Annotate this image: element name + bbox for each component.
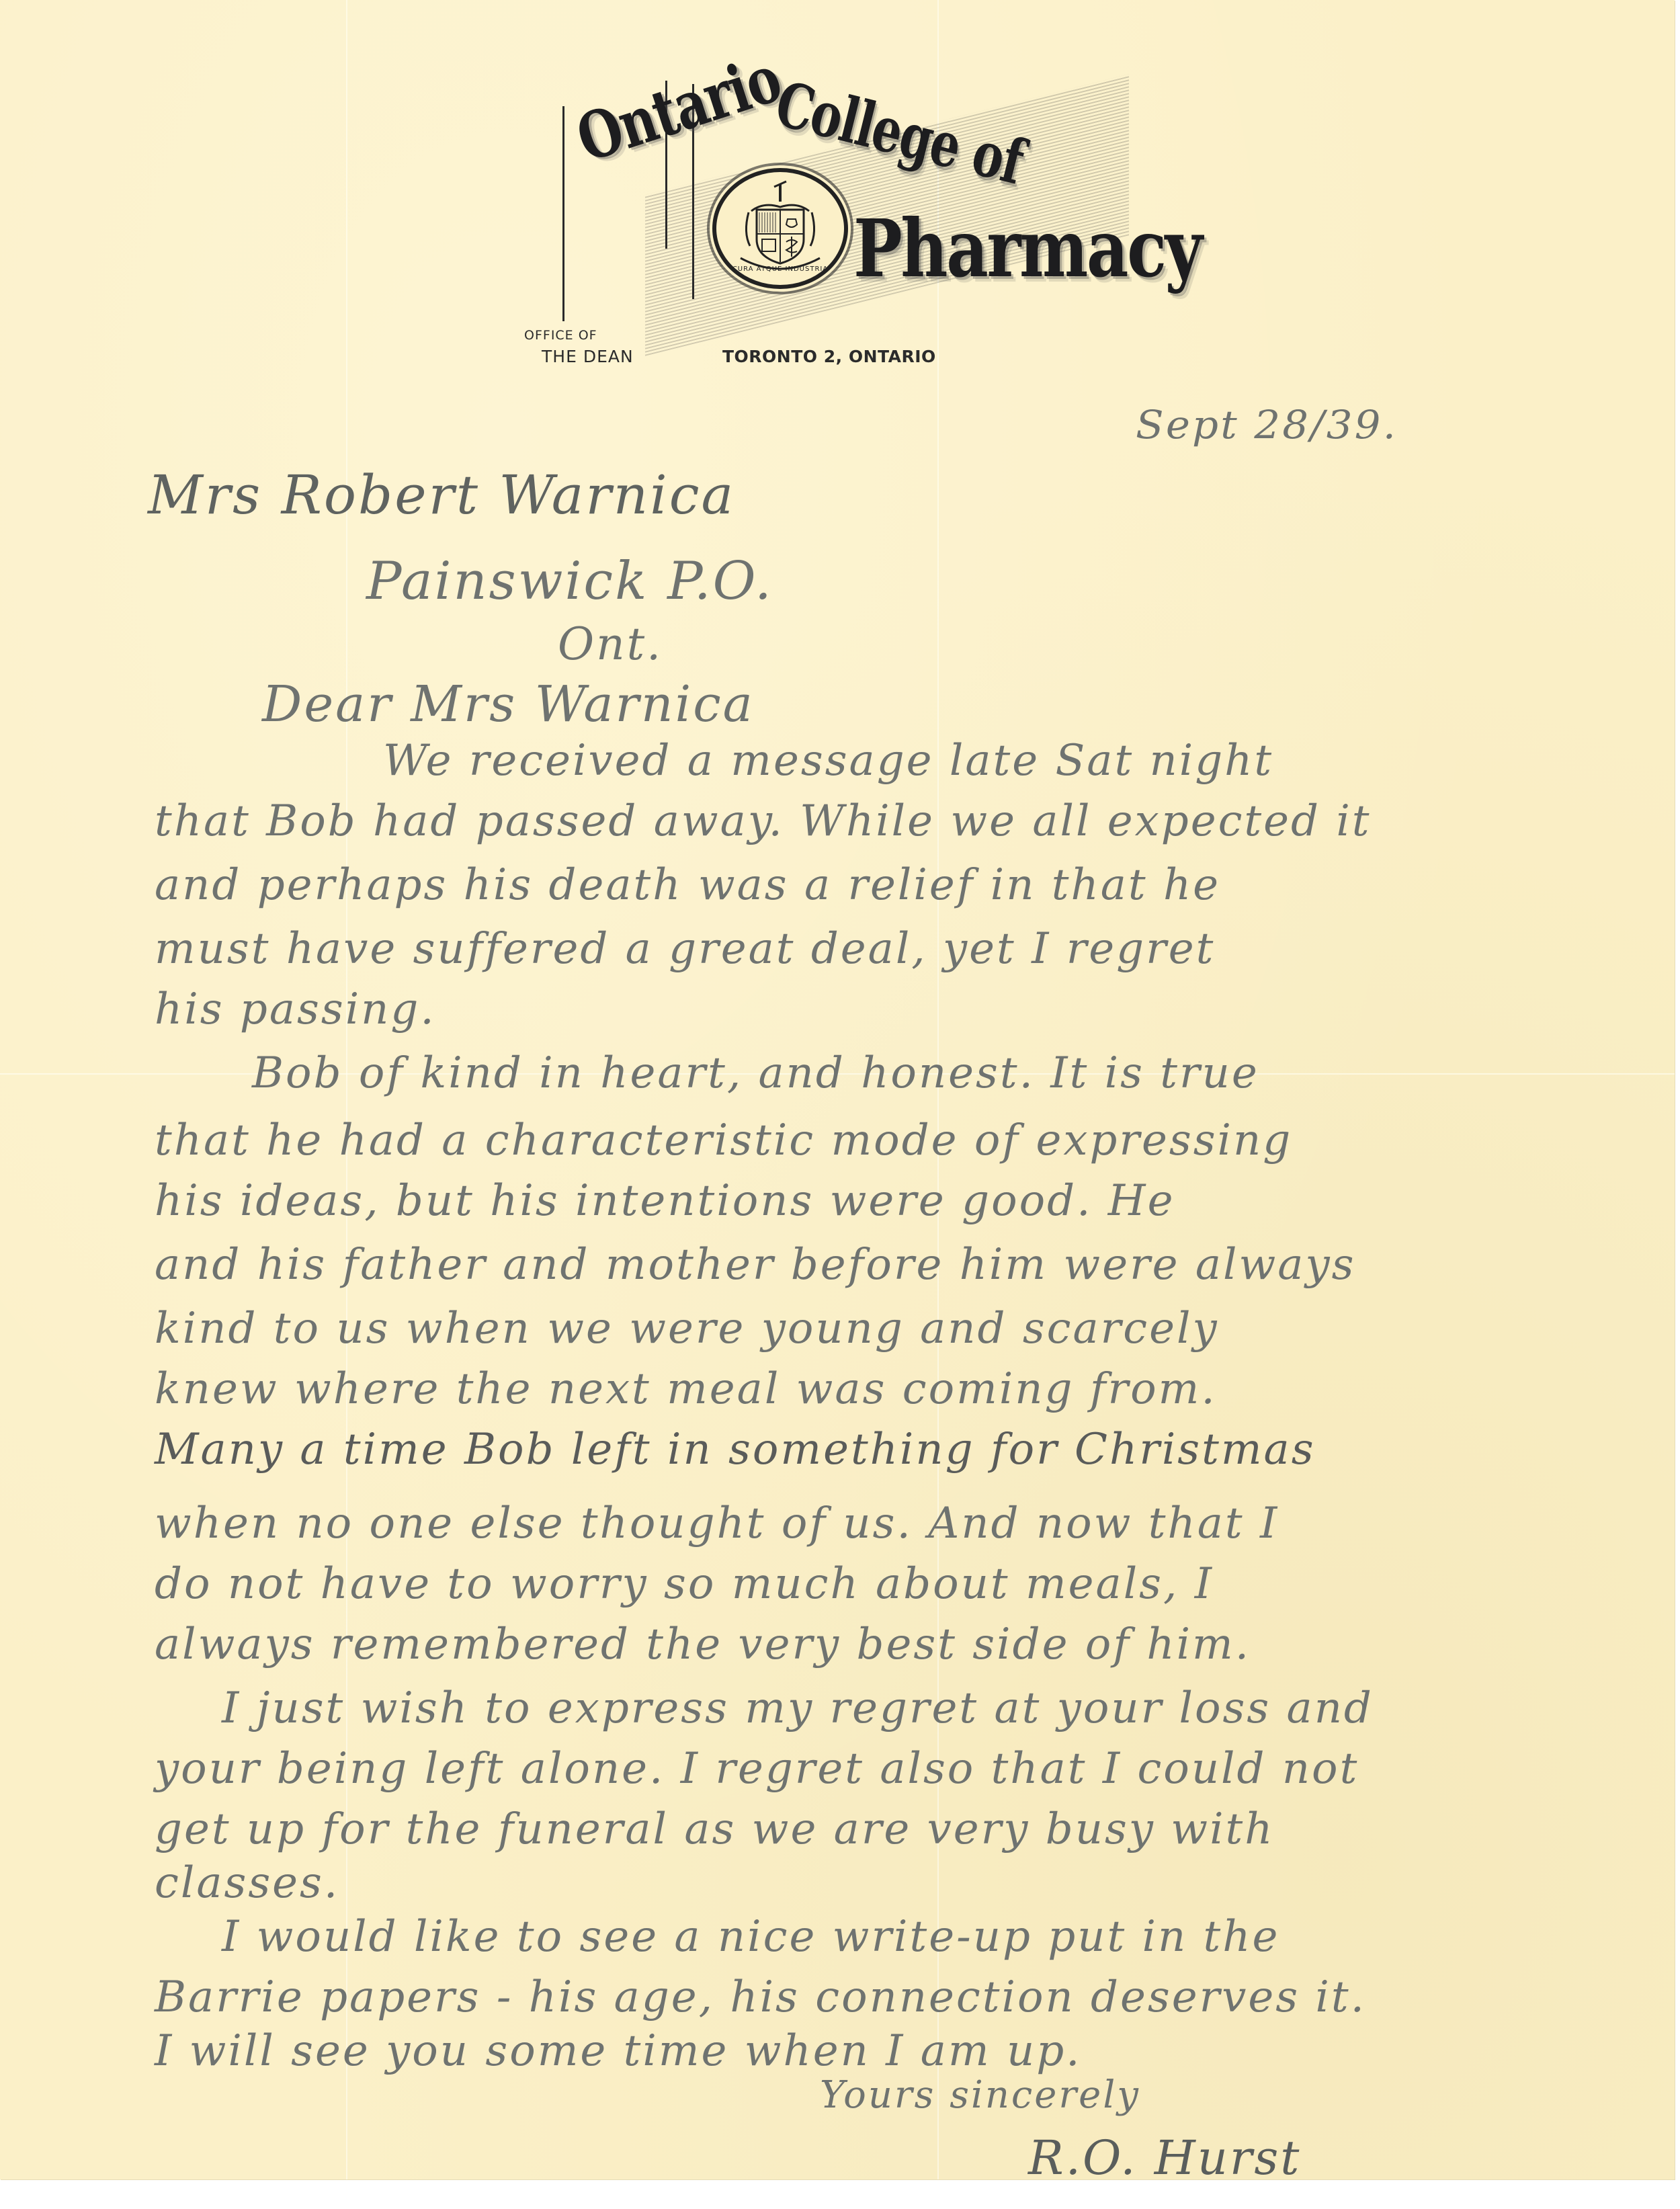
letter-line: kind to us when we were young and scarce… bbox=[155, 1304, 1219, 1353]
letter-line: his passing. bbox=[155, 985, 436, 1034]
letter-date: Sept 28/39. bbox=[1136, 402, 1398, 448]
letter-paper: Ontario College of Pharmacy bbox=[0, 0, 1675, 2179]
letter-line: Many a time Bob left in something for Ch… bbox=[155, 1425, 1316, 1474]
office-of-label: OFFICE OF bbox=[524, 328, 597, 343]
recipient-place: Painswick P.O. bbox=[366, 551, 773, 612]
letterhead-word-pharmacy: Pharmacy bbox=[853, 202, 1201, 295]
letter-line: I just wish to express my regret at your… bbox=[222, 1683, 1374, 1733]
letter-line: your being left alone. I regret also tha… bbox=[155, 1744, 1359, 1794]
letter-line: always remembered the very best side of … bbox=[155, 1620, 1251, 1669]
letter-line: I will see you some time when I am up. bbox=[155, 2026, 1082, 2076]
letter-line: classes. bbox=[155, 1858, 339, 1908]
letterhead-location: TORONTO 2, ONTARIO bbox=[722, 347, 936, 366]
letter-line: must have suffered a great deal, yet I r… bbox=[155, 924, 1215, 974]
seal-motto: CURA ATQUE INDUSTRIA bbox=[716, 265, 844, 273]
letterhead-rule bbox=[562, 106, 564, 321]
recipient-province: Ont. bbox=[558, 618, 663, 670]
letter-line: Barrie papers - his age, his connection … bbox=[155, 1972, 1366, 2022]
letter-line: that he had a characteristic mode of exp… bbox=[155, 1116, 1292, 1165]
letter-line: his ideas, but his intentions were good.… bbox=[155, 1176, 1175, 1226]
salutation: Dear Mrs Warnica bbox=[262, 675, 755, 733]
college-seal: CURA ATQUE INDUSTRIA bbox=[712, 168, 848, 289]
letter-line: We received a message late Sat night bbox=[383, 736, 1273, 786]
letter-line: knew where the next meal was coming from… bbox=[155, 1364, 1217, 1414]
signature: R.O. Hurst bbox=[1028, 2130, 1301, 2185]
letter-line: when no one else thought of us. And now … bbox=[155, 1499, 1279, 1548]
letter-line: and perhaps his death was a relief in th… bbox=[155, 860, 1220, 910]
letter-line: do not have to worry so much about meals… bbox=[155, 1559, 1214, 1609]
letter-line: get up for the funeral as we are very bu… bbox=[155, 1804, 1274, 1854]
letter-line: I would like to see a nice write-up put … bbox=[222, 1912, 1279, 1962]
letter-line: that Bob had passed away. While we all e… bbox=[155, 796, 1372, 846]
recipient-name: Mrs Robert Warnica bbox=[148, 464, 735, 526]
letter-line: and his father and mother before him wer… bbox=[155, 1240, 1355, 1290]
office-name: THE DEAN bbox=[542, 347, 634, 366]
letterhead: Ontario College of Pharmacy bbox=[0, 0, 1675, 403]
letter-closing: Yours sincerely bbox=[820, 2073, 1140, 2117]
letterhead-word-ontario: Ontario bbox=[568, 40, 789, 177]
letter-line: Bob of kind in heart, and honest. It is … bbox=[252, 1048, 1259, 1098]
